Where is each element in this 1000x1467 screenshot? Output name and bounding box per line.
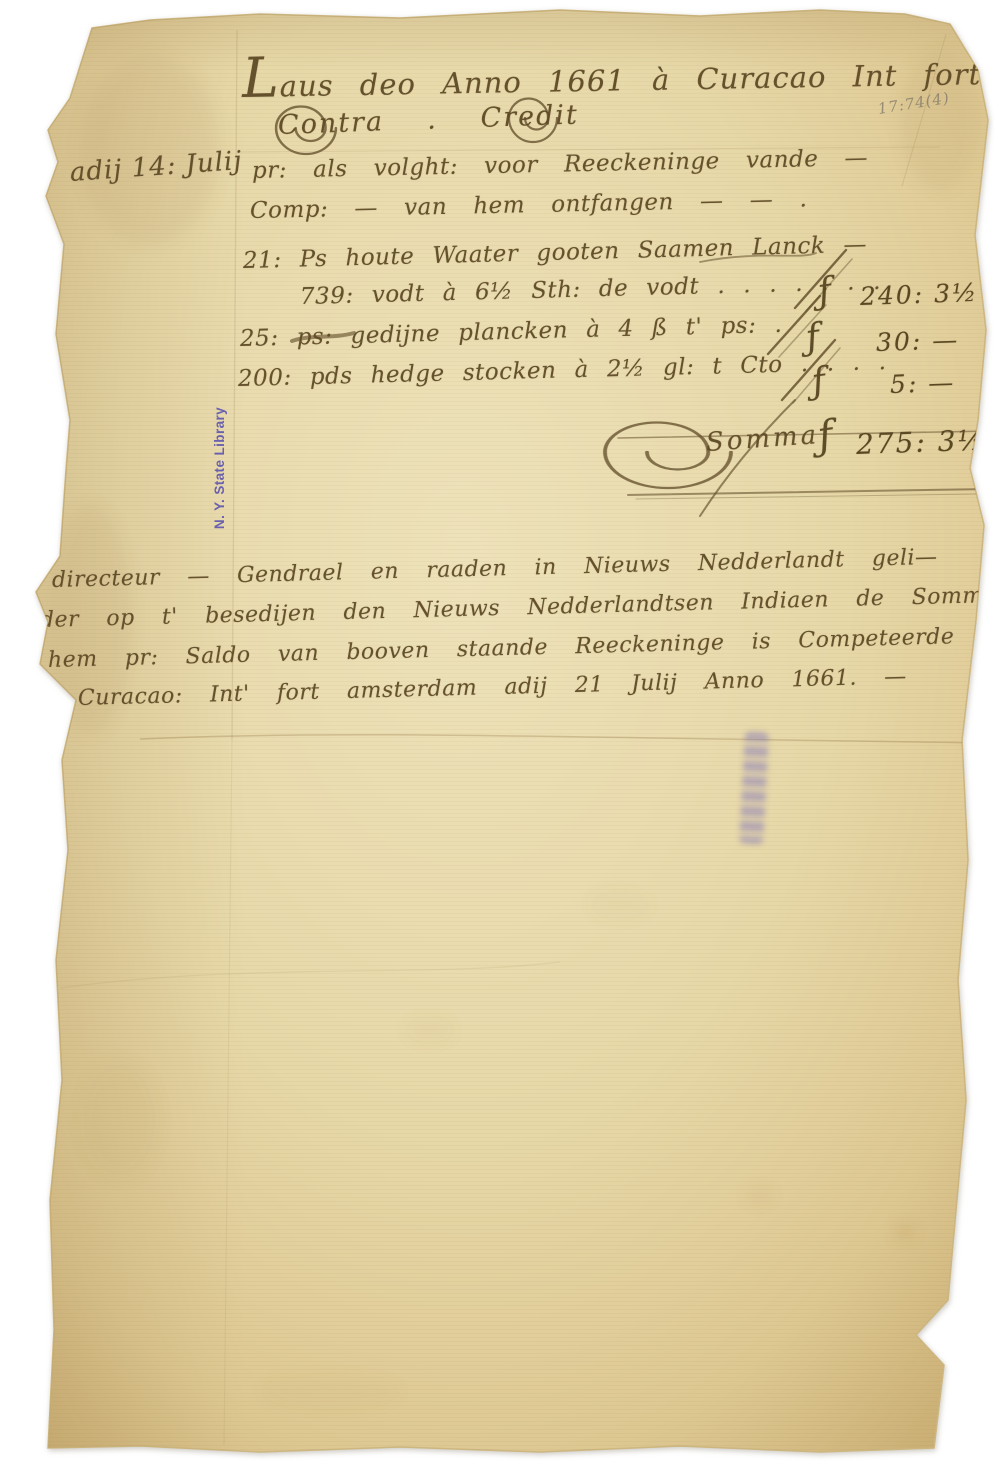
item-3-desc-line1: 200: pds hedge stocken à 2½ gl: t Cto . …	[238, 349, 887, 392]
item-1-amount: 240: 3½	[859, 278, 978, 311]
item-2-desc-line1: 25: ps: gedijne plancken à 4 ß t' ps: .	[240, 312, 783, 352]
paper-content: Laus deo Anno 1661 à Curacao Int fort am…	[0, 0, 1000, 1467]
faded-purple-stamp	[739, 731, 769, 844]
total-label: Somma	[705, 420, 820, 458]
manuscript-scan: Laus deo Anno 1661 à Curacao Int fort am…	[0, 0, 1000, 1467]
body-line4: Curacao: Int' fort amsterdam adij 21 Jul…	[78, 664, 907, 711]
entry-date: adij 14: Julij	[69, 146, 243, 188]
item-1-desc-line2: 739: vodt à 6½ Sth: de vodt . . . . . . …	[300, 269, 882, 310]
item-3-amount: 5: —	[889, 368, 955, 399]
total-amount: 275: 3½	[855, 423, 987, 461]
body-line1: directeur — Gendrael en raaden in Nieuws…	[52, 545, 938, 593]
item-1-desc-line1: 21: Ps houte Waater gooten Saamen Lanck …	[243, 232, 868, 274]
item-2-amount: 30: —	[875, 325, 959, 357]
entry-intro-line1: pr: als volght: voor Reeckeninge vande —	[252, 145, 869, 184]
total-guilder-sign: ƒ	[815, 412, 836, 460]
library-stamp: N. Y. State Library	[212, 396, 232, 540]
entry-intro-line2: Comp: — van hem ontfangen — — .	[250, 186, 808, 224]
body-line2: der op t' besedijen den Nieuws Nedderlan…	[40, 582, 1000, 633]
ink-rules-overlay	[0, 0, 1000, 1467]
